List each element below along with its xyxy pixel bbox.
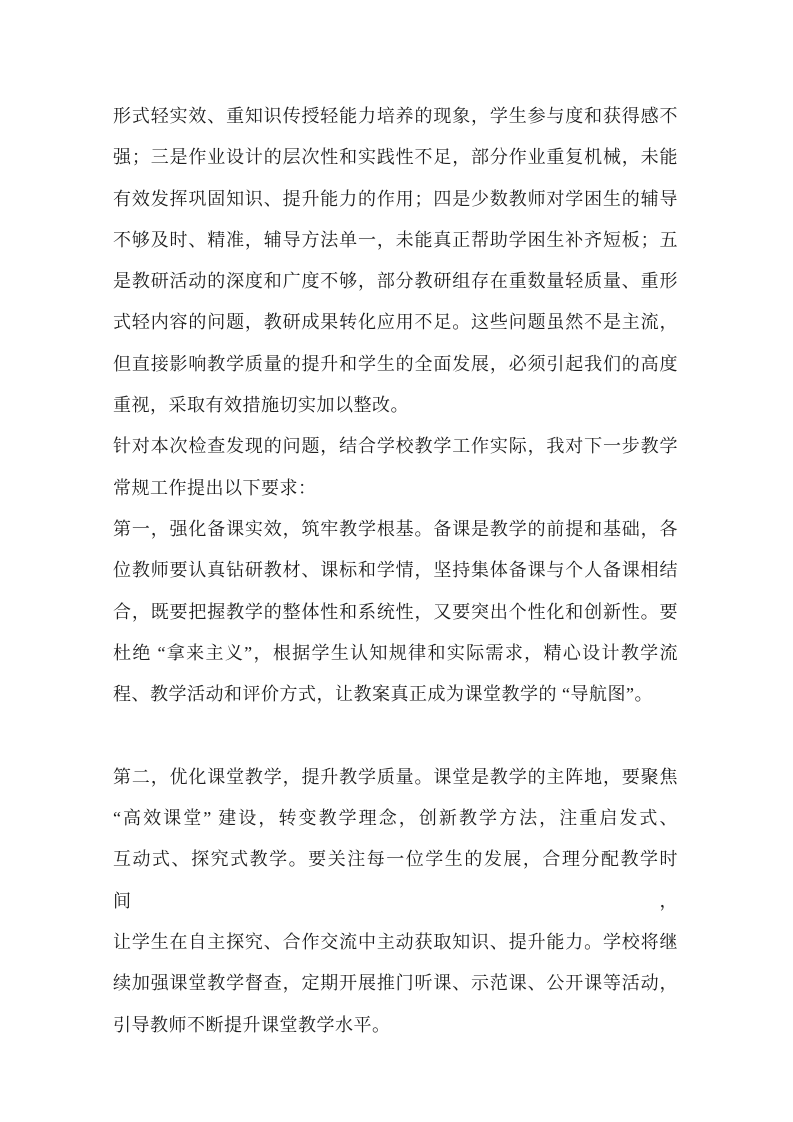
text-line: 形式轻实效、重知识传授轻能力培养的现象，学生参与度和获得感不 <box>113 96 678 137</box>
text-line: 常规工作提出以下要求： <box>113 468 678 509</box>
text-line: 是教研活动的深度和广度不够，部分教研组存在重数量轻质量、重形 <box>113 261 678 302</box>
text-line: 重视，采取有效措施切实加以整改。 <box>113 385 678 426</box>
text-line: 让学生在自主探究、合作交流中主动获取知识、提升能力。学校将继 <box>113 922 678 963</box>
text-line: 引导教师不断提升课堂教学水平。 <box>113 1005 678 1046</box>
text-line: 强；三是作业设计的层次性和实践性不足，部分作业重复机械，未能 <box>113 137 678 178</box>
text-line: 针对本次检查发现的问题，结合学校教学工作实际，我对下一步教学 <box>113 426 678 467</box>
text-line: 互动式、探究式教学。要关注每一位学生的发展，合理分配教学时间， <box>113 839 678 922</box>
blank-line <box>113 715 678 756</box>
text-line: “高效课堂” 建设，转变教学理念，创新教学方法，注重启发式、 <box>113 798 678 839</box>
document-page: 形式轻实效、重知识传授轻能力培养的现象，学生参与度和获得感不 强；三是作业设计的… <box>0 0 793 1122</box>
text-line: 但直接影响教学质量的提升和学生的全面发展，必须引起我们的高度 <box>113 344 678 385</box>
text-line: 续加强课堂教学督查，定期开展推门听课、示范课、公开课等活动， <box>113 963 678 1004</box>
text-line: 有效发挥巩固知识、提升能力的作用；四是少数教师对学困生的辅导 <box>113 179 678 220</box>
text-line: 杜绝 “拿来主义”，根据学生认知规律和实际需求，精心设计教学流 <box>113 633 678 674</box>
text-line: 第二，优化课堂教学，提升教学质量。课堂是教学的主阵地，要聚焦 <box>113 757 678 798</box>
text-line: 式轻内容的问题，教研成果转化应用不足。这些问题虽然不是主流， <box>113 302 678 343</box>
text-line: 第一，强化备课实效，筑牢教学根基。备课是教学的前提和基础，各 <box>113 509 678 550</box>
document-text-block: 形式轻实效、重知识传授轻能力培养的现象，学生参与度和获得感不 强；三是作业设计的… <box>113 96 678 1046</box>
text-line: 位教师要认真钻研教材、课标和学情，坚持集体备课与个人备课相结 <box>113 550 678 591</box>
text-line: 不够及时、精准，辅导方法单一，未能真正帮助学困生补齐短板；五 <box>113 220 678 261</box>
text-line: 合，既要把握教学的整体性和系统性，又要突出个性化和创新性。要 <box>113 592 678 633</box>
text-line: 程、教学活动和评价方式，让教案真正成为课堂教学的 “导航图”。 <box>113 674 678 715</box>
